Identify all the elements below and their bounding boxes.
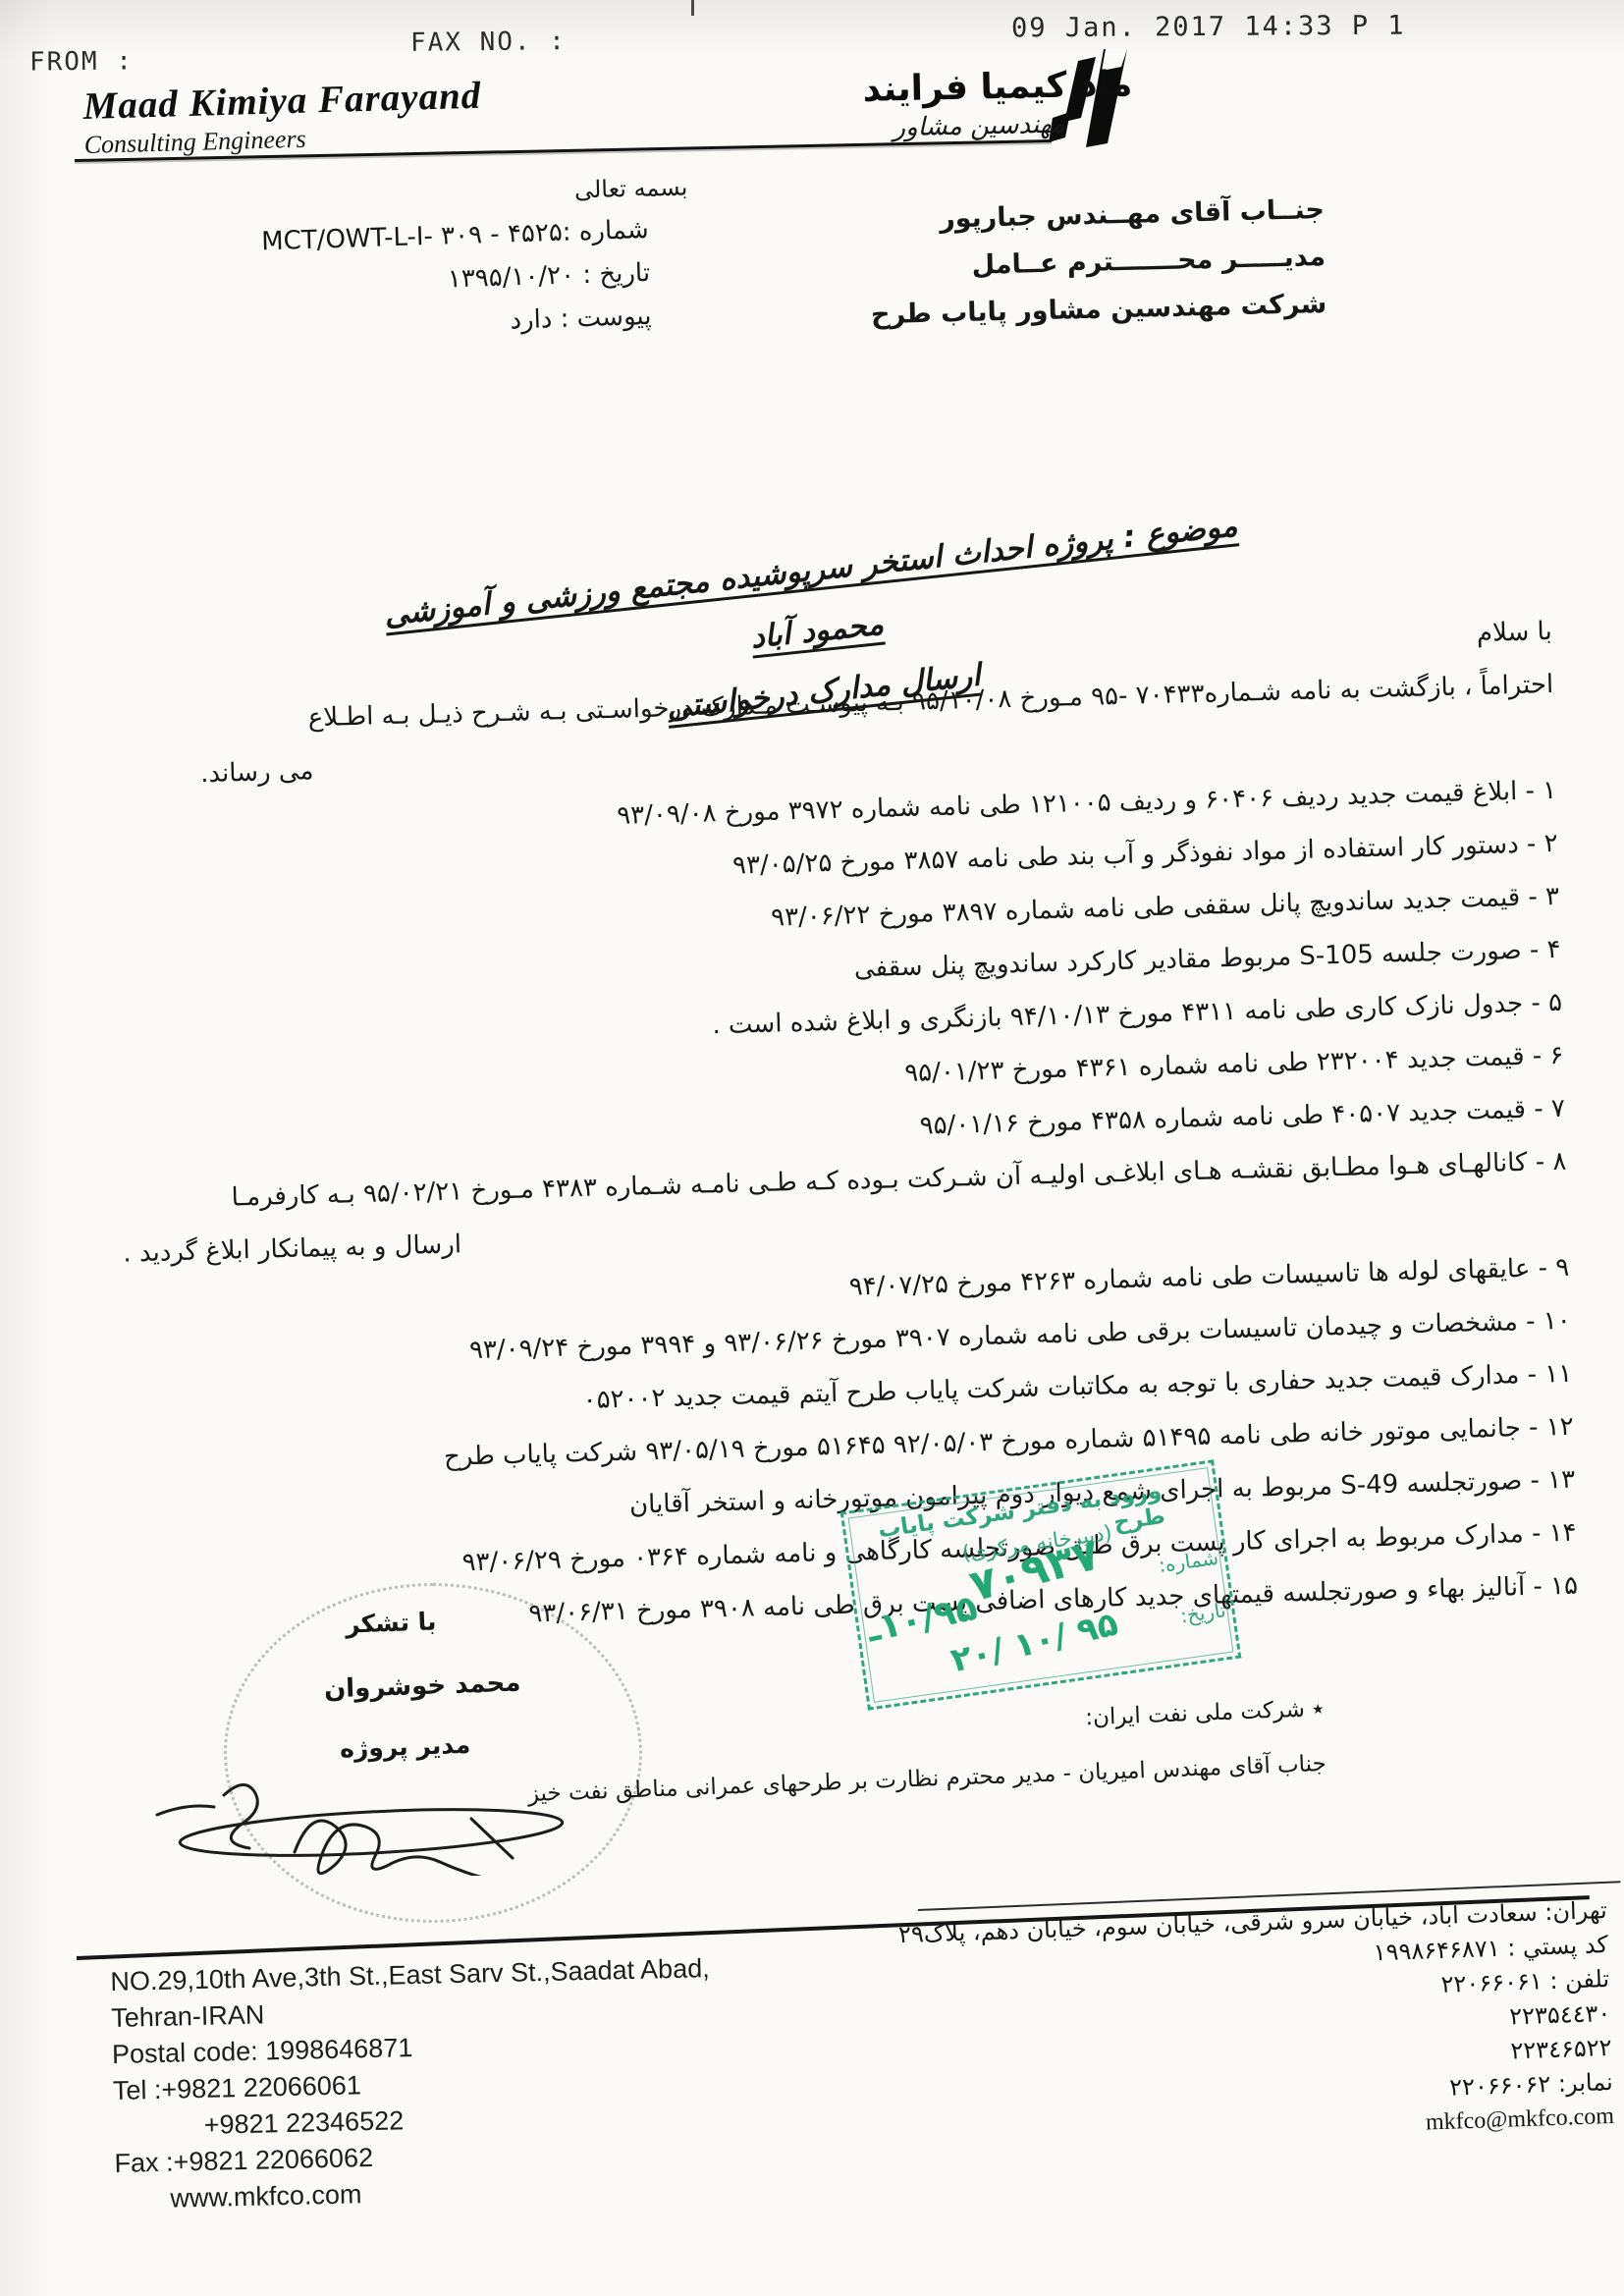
scan-artifact-tick [691,0,694,16]
scan-shade-left [0,0,54,2296]
basmala-text: بسمه تعالی [574,173,688,203]
closing-phrase: با تشکر [346,1607,437,1638]
letter-body: با سلام احتراماً ، بازگشت به نامه شـماره… [91,605,1579,1652]
reference-block: شماره :۴۵۲۵ - MCT/OWT-L-I- ۳۰۹ تاریخ : ۱… [236,208,652,351]
fax-timestamp: 09 Jan. 2017 14:33 P 1 [1011,11,1406,44]
recipient-company: شرکت مهندسین مشاور پایاب طرح [870,281,1326,339]
fax-letter-page: FROM : FAX NO. : 09 Jan. 2017 14:33 P 1 … [0,0,1624,2296]
footer-address-english: NO.29,10th Ave,3th St.,East Sarv St.,Saa… [110,1950,715,2218]
company-subtitle-fa: مهندسین مشاور [864,108,1134,143]
fax-number-label: FAX NO. : [410,27,567,58]
company-name-english-block: Maad Kimiya Farayand Consulting Engineer… [82,74,483,160]
company-name-persian-block: ماد کیمیا فرایند مهندسین مشاور [863,64,1134,143]
footer-address-persian: تهران: سعادت آباد، خیابان سرو شرقی، خیاب… [897,1893,1614,2159]
handwritten-signature [147,1758,579,1880]
cc-block: ٭ شرکت ملی نفت ایران: جناب آقای مهندس ام… [525,1681,1327,1822]
recipient-block: جنــاب آقای مهــندس جبارپور مدیـــــر مح… [868,187,1327,339]
company-name-fa: ماد کیمیا فرایند [863,64,1133,110]
fax-from-label: FROM : [29,46,134,77]
